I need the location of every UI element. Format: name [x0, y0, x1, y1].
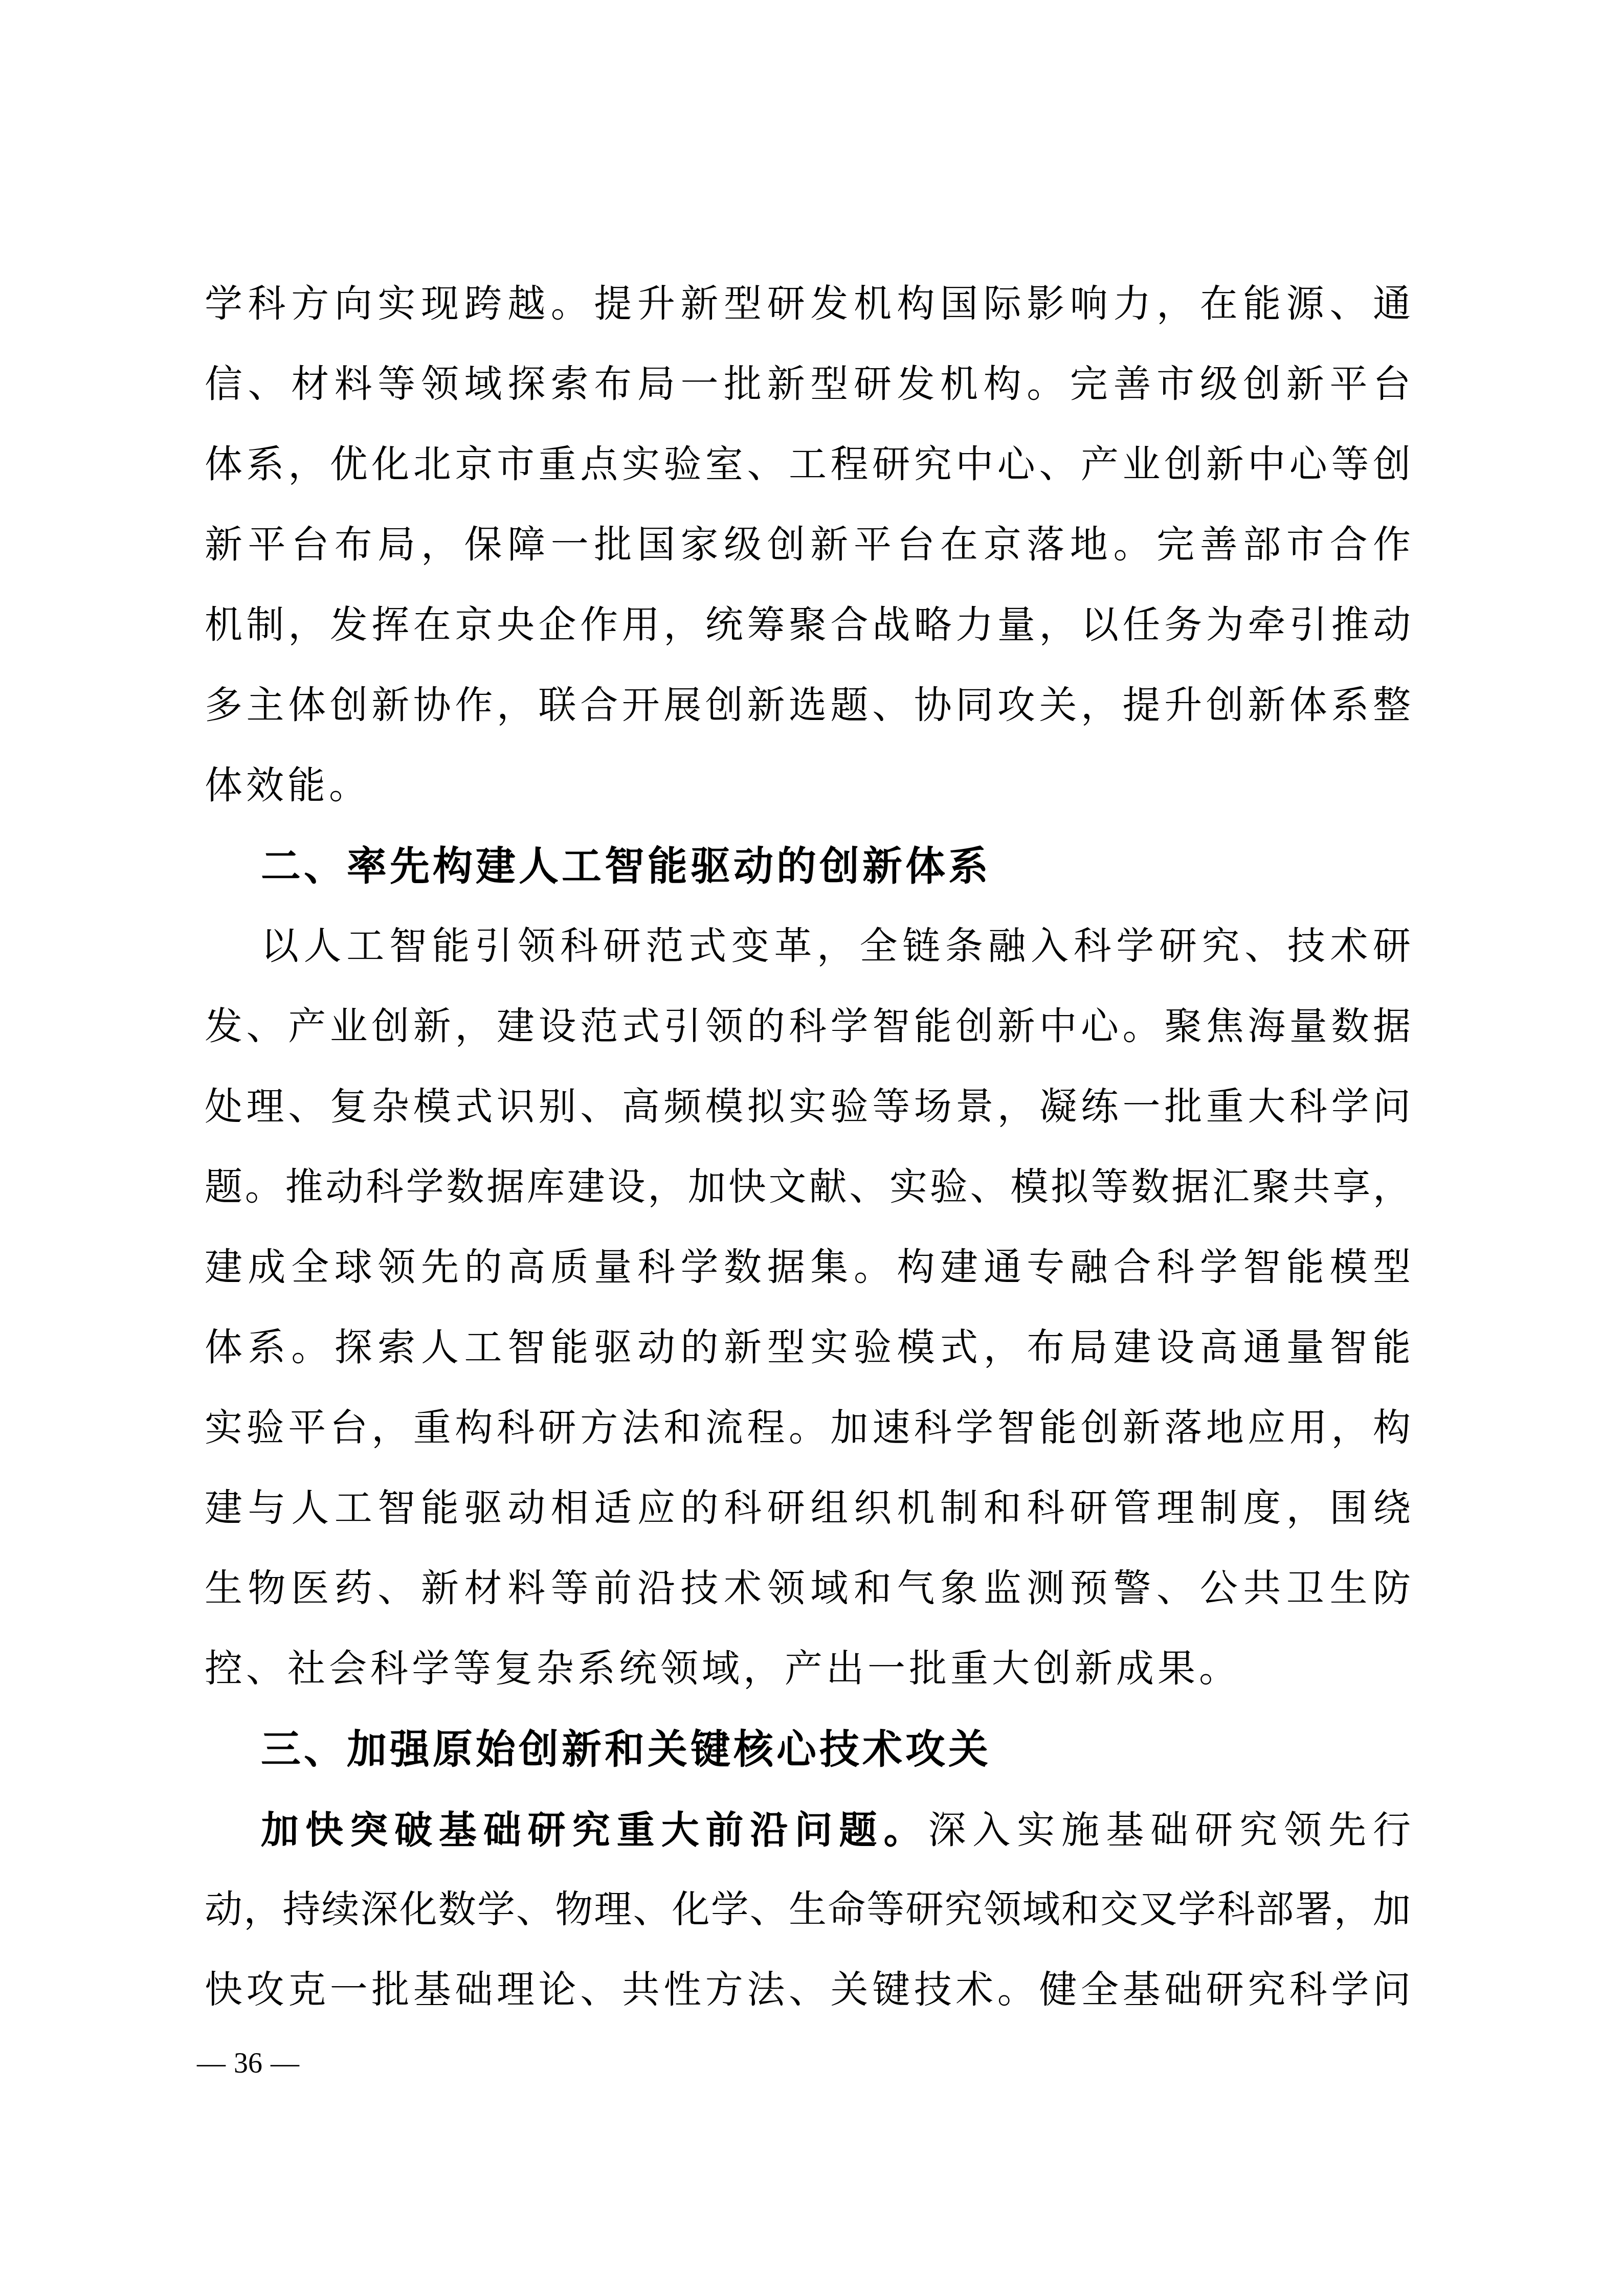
text-line: 建成全球领先的高质量科学数据集。构建通专融合科学智能模型 — [205, 1228, 1411, 1308]
paragraph-text: 深入实施基础研究领先行 — [928, 1810, 1411, 1852]
text-line: 处理、复杂模式识别、高频模拟实验等场景，凝练一批重大科学问 — [205, 1067, 1411, 1147]
footer-dash-right: — — [271, 2047, 299, 2079]
footer-dash-left: — — [197, 2047, 226, 2079]
section-heading: 三、加强原始创新和关键核心技术攻关 — [205, 1709, 1411, 1790]
text-line: 信、材料等领域探索布局一批新型研发机构。完善市级创新平台 — [205, 345, 1411, 425]
document-page: 学科方向实现跨越。提升新型研发机构国际影响力，在能源、通信、材料等领域探索布局一… — [0, 0, 1624, 2296]
paragraph-lead-bold: 加快突破基础研究重大前沿问题。 — [261, 1809, 928, 1851]
text-line: 加快突破基础研究重大前沿问题。深入实施基础研究领先行 — [205, 1790, 1411, 1870]
text-line: 学科方向实现跨越。提升新型研发机构国际影响力，在能源、通 — [205, 264, 1411, 345]
text-line: 以人工智能引领科研范式变革，全链条融入科学研究、技术研 — [205, 907, 1411, 987]
text-line: 题。推动科学数据库建设，加快文献、实验、模拟等数据汇聚共享， — [205, 1147, 1411, 1228]
text-line: 体系。探索人工智能驱动的新型实验模式，布局建设高通量智能 — [205, 1308, 1411, 1388]
section-heading: 二、率先构建人工智能驱动的创新体系 — [205, 826, 1411, 907]
text-line: 多主体创新协作，联合开展创新选题、协同攻关，提升创新体系整 — [205, 666, 1411, 746]
text-line: 机制，发挥在京央企作用，统筹聚合战略力量，以任务为牵引推动 — [205, 586, 1411, 666]
text-line: 体效能。 — [205, 746, 1411, 826]
page-number: 36 — [234, 2045, 262, 2081]
text-line: 发、产业创新，建设范式引领的科学智能创新中心。聚焦海量数据 — [205, 987, 1411, 1067]
text-line: 实验平台，重构科研方法和流程。加速科学智能创新落地应用，构 — [205, 1388, 1411, 1469]
text-line: 新平台布局，保障一批国家级创新平台在京落地。完善部市合作 — [205, 505, 1411, 586]
text-line: 快攻克一批基础理论、共性方法、关键技术。健全基础研究科学问 — [205, 1950, 1411, 2031]
text-line: 建与人工智能驱动相适应的科研组织机制和科研管理制度，围绕 — [205, 1469, 1411, 1549]
page-footer: —36— — [197, 2045, 299, 2081]
text-line: 生物医药、新材料等前沿技术领域和气象监测预警、公共卫生防 — [205, 1549, 1411, 1629]
text-block: 学科方向实现跨越。提升新型研发机构国际影响力，在能源、通信、材料等领域探索布局一… — [205, 264, 1411, 2031]
text-line: 动，持续深化数学、物理、化学、生命等研究领域和交叉学科部署，加 — [205, 1870, 1411, 1950]
text-line: 控、社会科学等复杂系统领域，产出一批重大创新成果。 — [205, 1629, 1411, 1709]
text-line: 体系，优化北京市重点实验室、工程研究中心、产业创新中心等创 — [205, 425, 1411, 505]
